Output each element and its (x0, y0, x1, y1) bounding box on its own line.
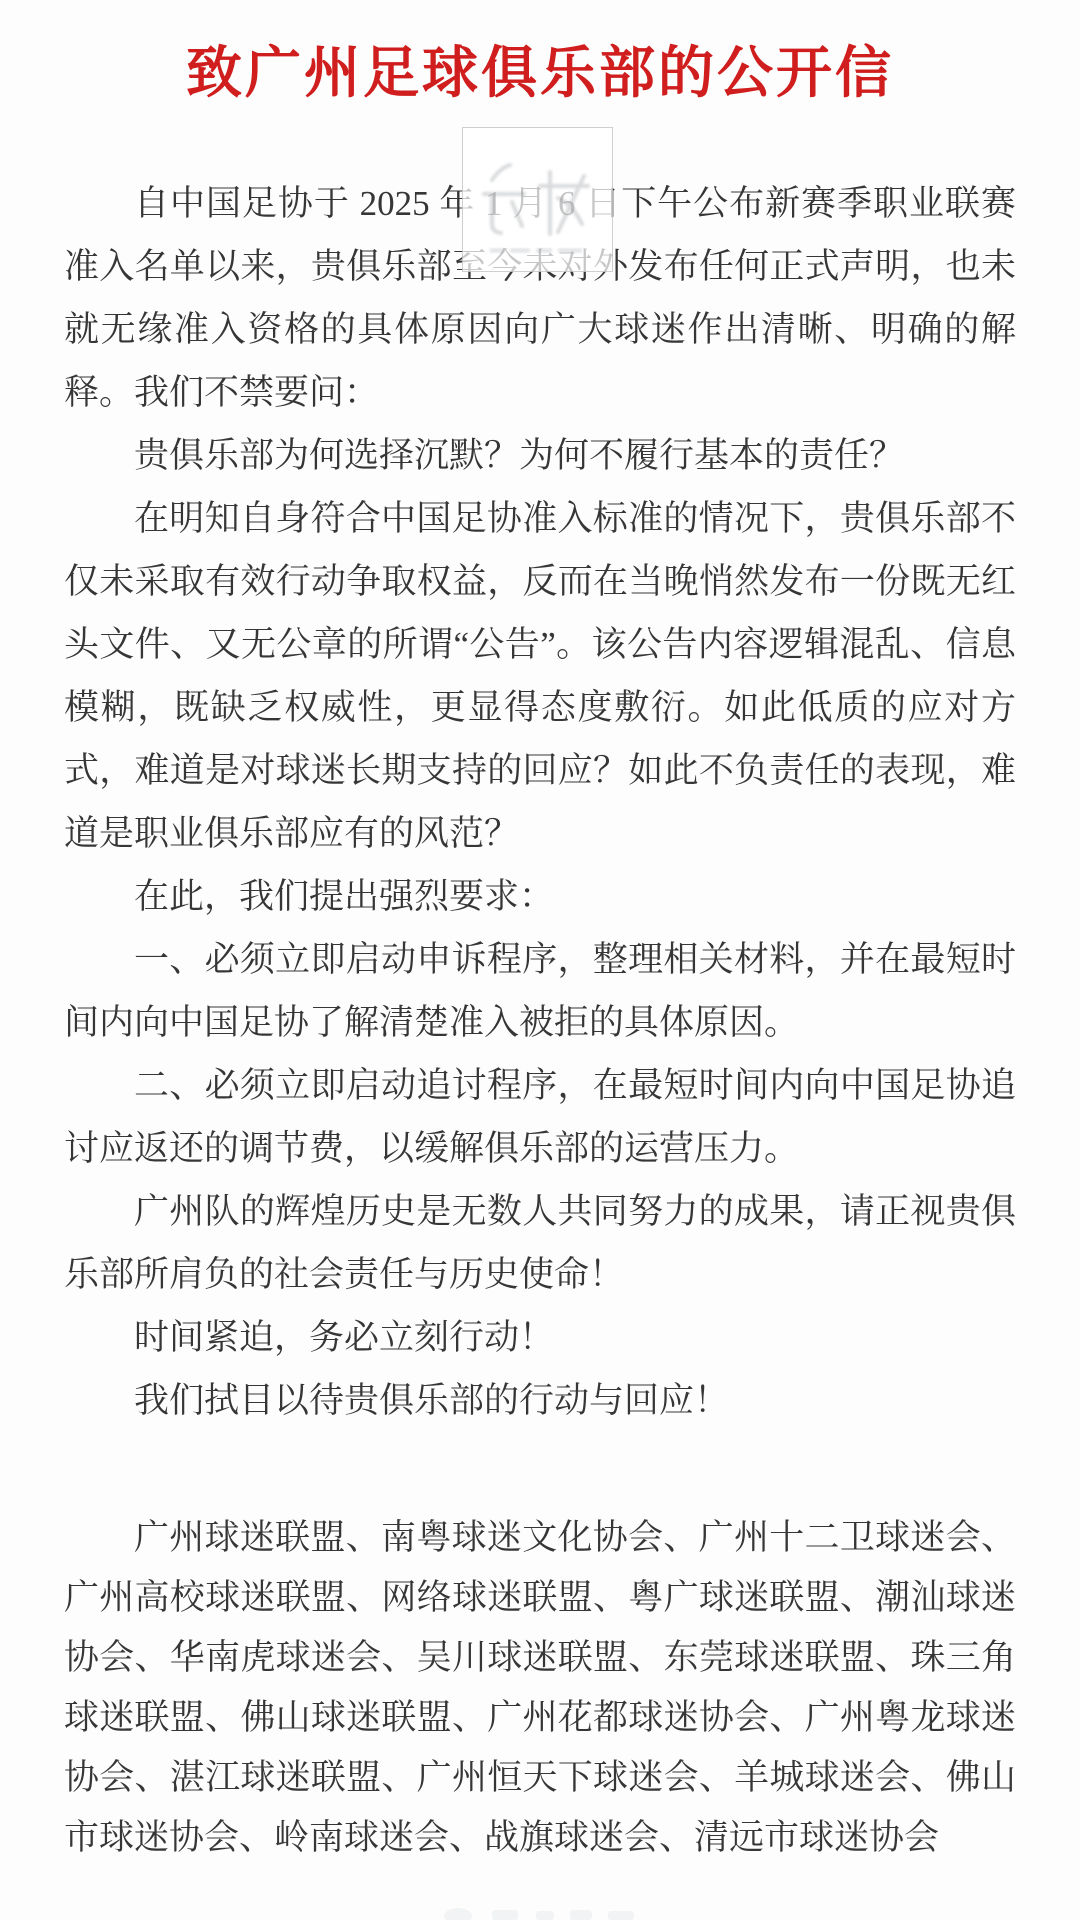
watermark-logo-icon (470, 142, 606, 260)
letter-body: 自中国足协于 2025 年 1 月 6 日下午公布新赛季职业联赛准入名单以来，贵… (64, 172, 1016, 1868)
paragraph-urgency: 时间紧迫，务必立刻行动！ (64, 1306, 1016, 1369)
paragraph-demands-lead: 在此，我们提出强烈要求： (64, 865, 1016, 928)
bottom-watermark-icon (440, 1900, 660, 1920)
page-title: 致广州足球俱乐部的公开信 (64, 40, 1016, 106)
paragraph-demand-2: 二、必须立即启动追讨程序，在最短时间内向中国足协追讨应返还的调节费，以缓解俱乐部… (64, 1054, 1016, 1180)
paragraph-demand-1: 一、必须立即启动申诉程序，整理相关材料，并在最短时间内向中国足协了解清楚准入被拒… (64, 928, 1016, 1054)
paragraph-criticism: 在明知自身符合中国足协准入标准的情况下，贵俱乐部不仅未采取有效行动争取权益，反而… (64, 487, 1016, 865)
watermark-box (462, 127, 613, 272)
bottom-watermark (440, 1900, 660, 1920)
signature-fan-clubs: 广州球迷联盟、南粤球迷文化协会、广州十二卫球迷会、广州高校球迷联盟、网络球迷联盟… (64, 1508, 1016, 1868)
open-letter-document: 致广州足球俱乐部的公开信 自中国足协于 2025 年 1 月 6 日下午公布新赛… (0, 0, 1080, 1920)
paragraph-question: 贵俱乐部为何选择沉默？为何不履行基本的责任？ (64, 424, 1016, 487)
paragraph-history: 广州队的辉煌历史是无数人共同努力的成果，请正视贵俱乐部所肩负的社会责任与历史使命… (64, 1180, 1016, 1306)
paragraph-closing: 我们拭目以待贵俱乐部的行动与回应！ (64, 1369, 1016, 1432)
